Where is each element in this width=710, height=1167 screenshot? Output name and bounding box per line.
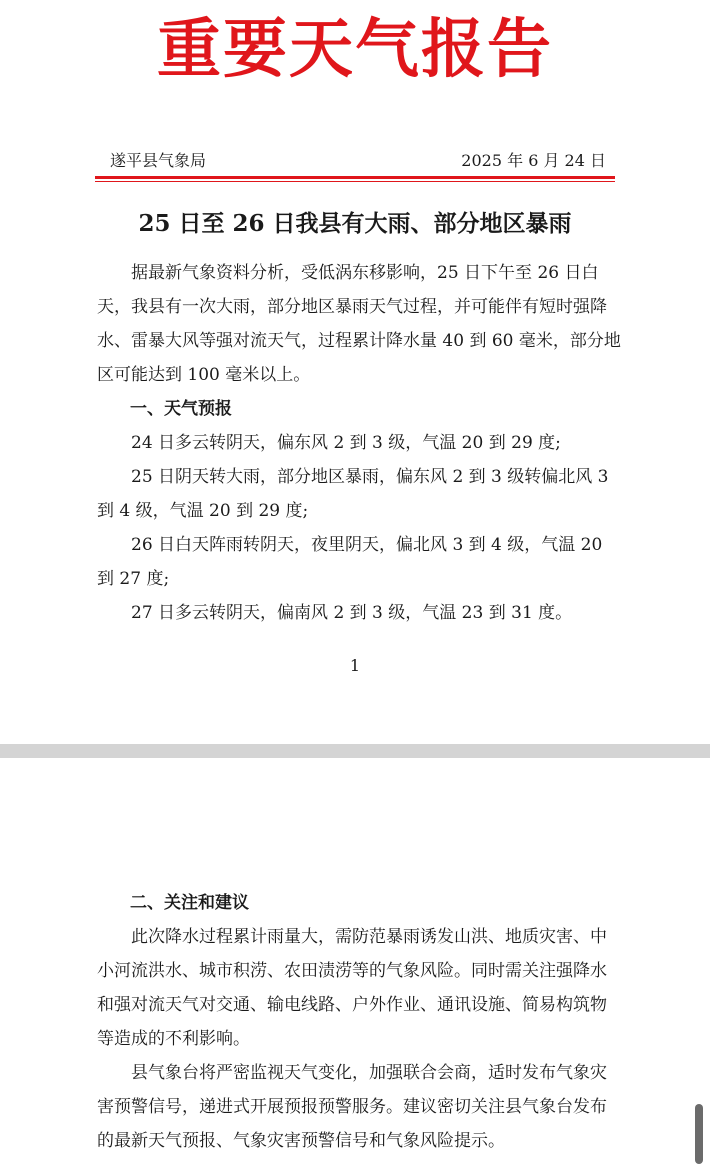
intro-text: 据最新气象资料分析，受低涡东移影响，25 日下午至 26 日白天，我县有一次大雨… bbox=[97, 256, 623, 392]
issuer-row: 遂平县气象局 2025 年 6 月 24 日 bbox=[110, 148, 606, 172]
page-separator bbox=[0, 744, 710, 758]
vertical-scrollbar[interactable] bbox=[695, 1104, 703, 1164]
advice-service-paragraph: 县气象台将严密监视天气变化，加强联合会商，适时发布气象灾害预警信号，递进式开展预… bbox=[97, 1056, 623, 1158]
intro-paragraph: 据最新气象资料分析，受低涡东移影响，25 日下午至 26 日白天，我县有一次大雨… bbox=[97, 256, 623, 392]
forecast-day-26: 26 日白天阵雨转阴天，夜里阴天，偏北风 3 到 4 级，气温 20 到 27 … bbox=[97, 528, 623, 596]
page-number: 1 bbox=[0, 656, 710, 675]
red-divider-thin bbox=[95, 181, 615, 182]
report-masthead: 重要天气报告 bbox=[0, 10, 710, 90]
section-title-advice: 二、关注和建议 bbox=[130, 886, 249, 920]
document-page-1: 重要天气报告 遂平县气象局 2025 年 6 月 24 日 25 日至 26 日… bbox=[0, 0, 710, 744]
forecast-day-25: 25 日阴天转大雨，部分地区暴雨，偏东风 2 到 3 级转偏北风 3 到 4 级… bbox=[97, 460, 623, 528]
forecast-day-24: 24 日多云转阴天，偏东风 2 到 3 级，气温 20 到 29 度; bbox=[97, 426, 623, 460]
forecast-list: 24 日多云转阴天，偏东风 2 到 3 级，气温 20 到 29 度; 25 日… bbox=[97, 426, 623, 630]
advice-paragraphs: 此次降水过程累计雨量大，需防范暴雨诱发山洪、地质灾害、中小河流洪水、城市积涝、农… bbox=[97, 920, 623, 1158]
section-title-forecast: 一、天气预报 bbox=[130, 392, 232, 426]
issuer-name: 遂平县气象局 bbox=[110, 148, 206, 171]
issue-date: 2025 年 6 月 24 日 bbox=[461, 148, 606, 171]
report-headline: 25 日至 26 日我县有大雨、部分地区暴雨 bbox=[0, 206, 710, 242]
advice-risk-paragraph: 此次降水过程累计雨量大，需防范暴雨诱发山洪、地质灾害、中小河流洪水、城市积涝、农… bbox=[97, 920, 623, 1056]
document-page-2: 二、关注和建议 此次降水过程累计雨量大，需防范暴雨诱发山洪、地质灾害、中小河流洪… bbox=[0, 758, 710, 1167]
forecast-day-27: 27 日多云转阴天，偏南风 2 到 3 级，气温 23 到 31 度。 bbox=[97, 596, 623, 630]
red-divider-thick bbox=[95, 176, 615, 179]
